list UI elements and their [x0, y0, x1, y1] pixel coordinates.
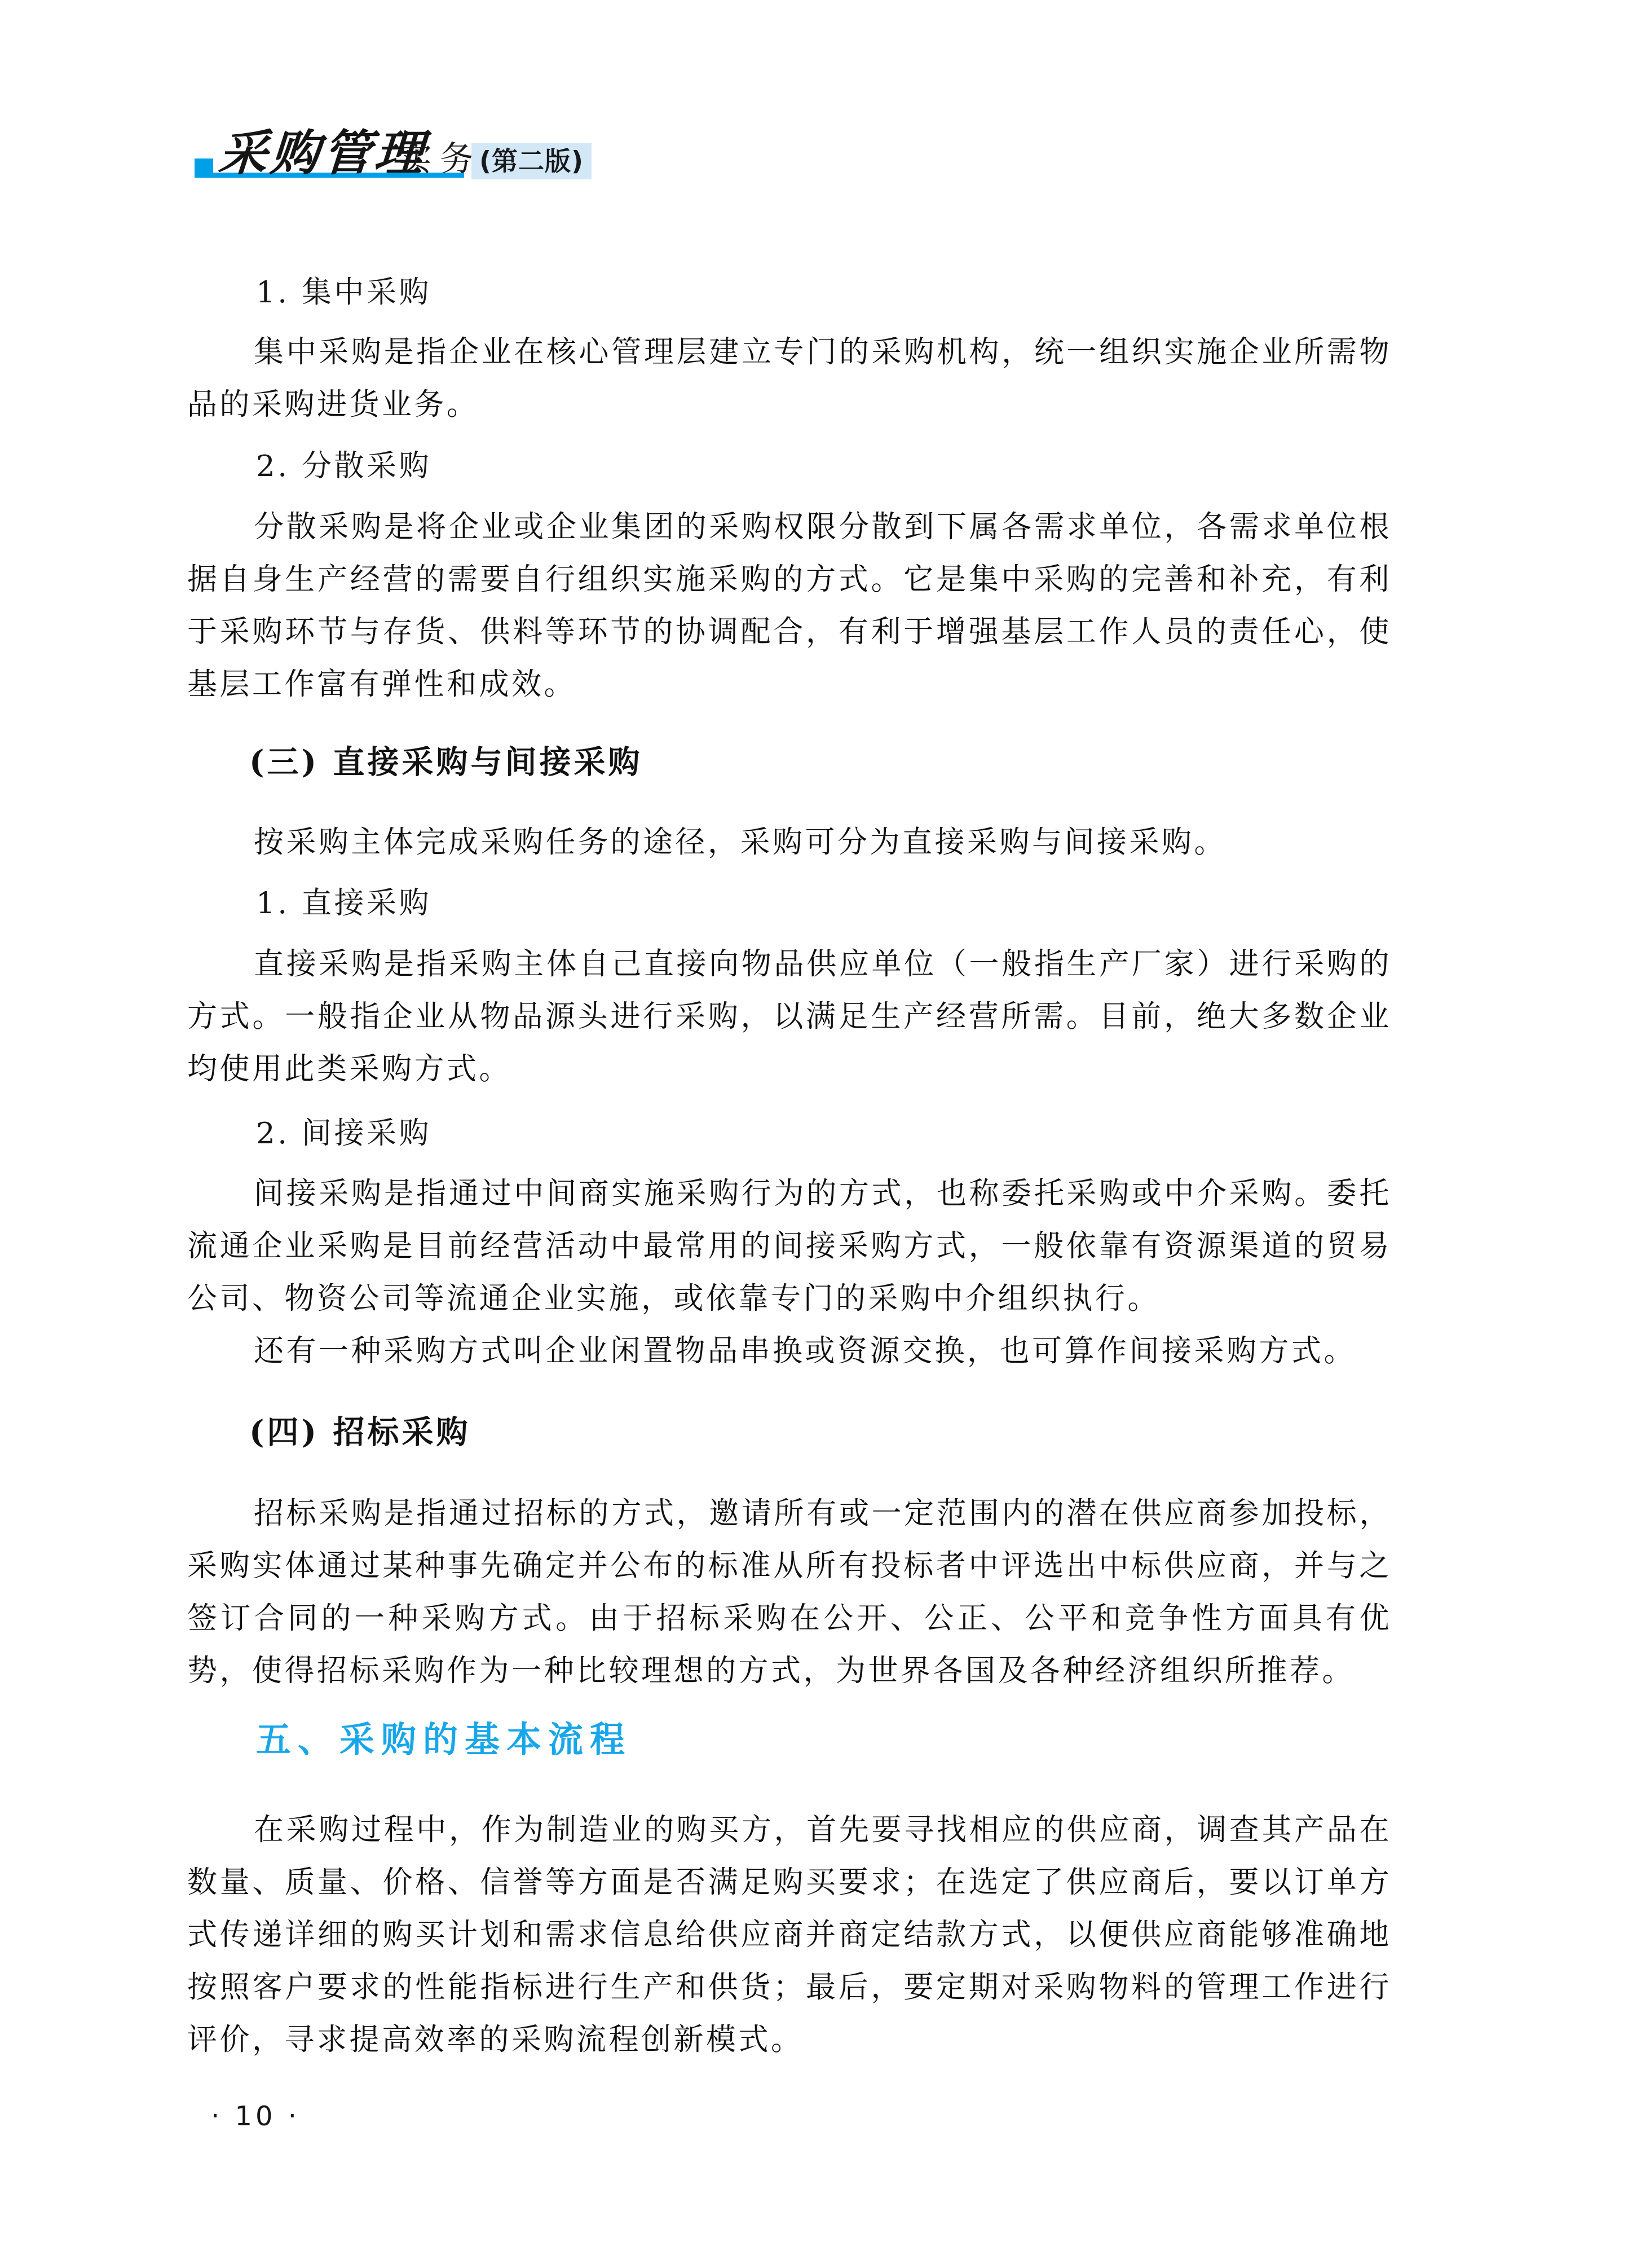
heading-centralized-procurement: 1. 集中采购 [187, 266, 1392, 319]
edition-badge: (第二版) [471, 143, 592, 179]
book-title-script: 采购管理 [217, 125, 429, 182]
paragraph-centralized-procurement: 集中采购是指企业在核心管理层建立专门的采购机构，统一组织实施企业所需物品的采购进… [187, 326, 1392, 431]
paragraph-decentralized-procurement: 分散采购是将企业或企业集团的采购权限分散到下属各需求单位，各需求单位根据自身生产… [187, 501, 1392, 711]
book-title-suffix: 实务 [398, 140, 482, 178]
paragraph-direct-procurement: 直接采购是指采购主体自己直接向物品供应单位（一般指生产厂家）进行采购的方式。一般… [187, 938, 1392, 1095]
page-body: 1. 集中采购 集中采购是指企业在核心管理层建立专门的采购机构，统一组织实施企业… [187, 266, 1392, 2133]
paragraph-tender-procurement: 招标采购是指通过招标的方式，邀请所有或一定范围内的潜在供应商参加投标，采购实体通… [187, 1487, 1392, 1697]
paragraph-indirect-procurement-extra: 还有一种采购方式叫企业闲置物品串换或资源交换，也可算作间接采购方式。 [187, 1325, 1392, 1377]
page-number: · 10 · [187, 2099, 1392, 2133]
paragraph-direct-indirect-intro: 按采购主体完成采购任务的途径，采购可分为直接采购与间接采购。 [187, 816, 1392, 869]
section-heading-tender-procurement: (四) 招标采购 [187, 1406, 1392, 1459]
heading-decentralized-procurement: 2. 分散采购 [187, 440, 1392, 492]
heading-direct-procurement: 1. 直接采购 [187, 877, 1392, 930]
section-heading-direct-vs-indirect: (三) 直接采购与间接采购 [187, 736, 1392, 789]
book-header: 采购管理 实务 (第二版) [0, 0, 1628, 226]
paragraph-basic-process: 在采购过程中，作为制造业的购买方，首先要寻找相应的供应商，调查其产品在数量、质量… [187, 1804, 1392, 2066]
heading-indirect-procurement: 2. 间接采购 [187, 1107, 1392, 1160]
book-page: { "theme": { "accent": "#00a0e9", "secti… [0, 0, 1628, 2268]
paragraph-indirect-procurement: 间接采购是指通过中间商实施采购行为的方式，也称委托采购或中介采购。委托流通企业采… [187, 1168, 1392, 1325]
section-heading-basic-process: 五、采购的基本流程 [187, 1720, 1392, 1760]
